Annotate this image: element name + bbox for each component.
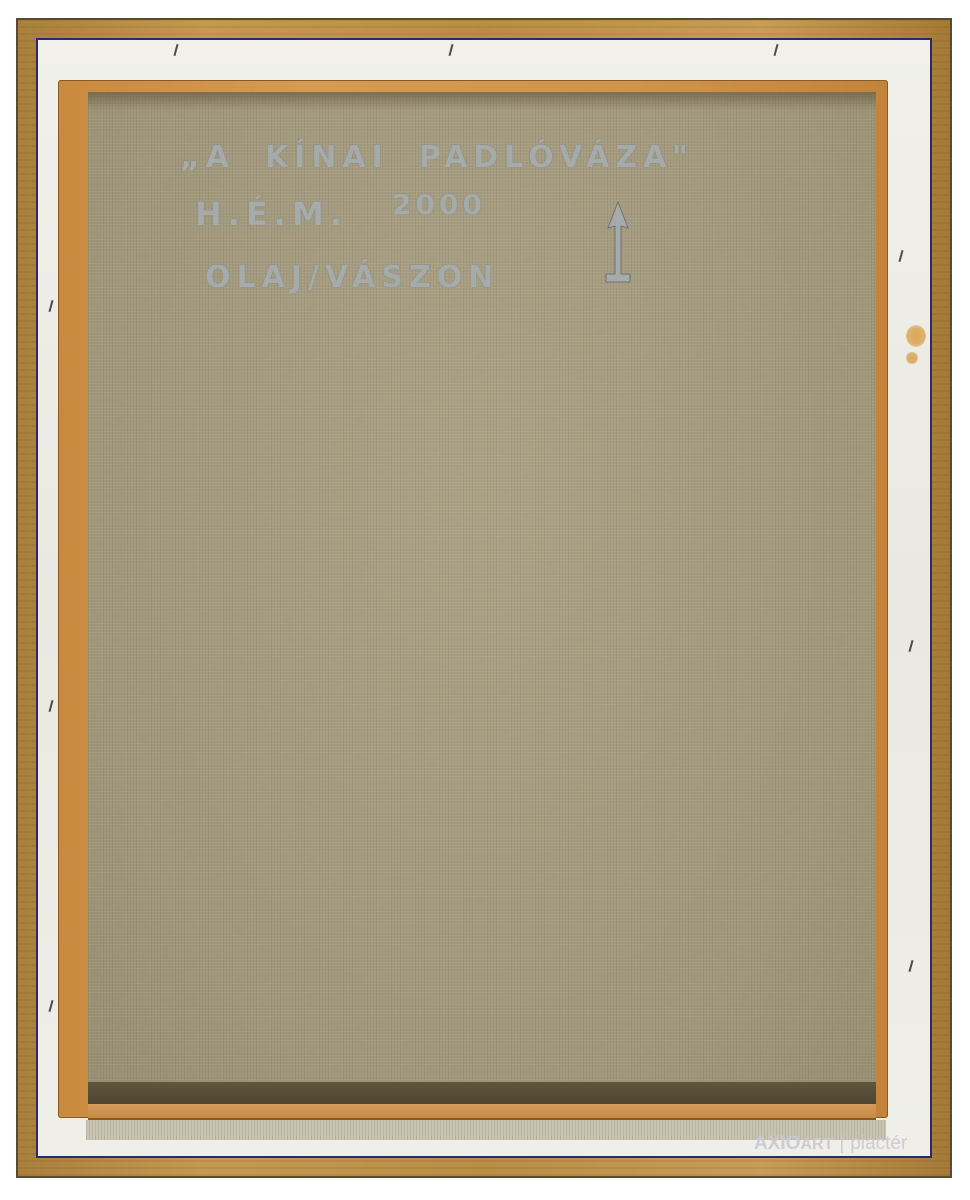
paint-stain [906,325,926,347]
inscription-title: „AKÍNAIPADLÓVÁZA" [180,140,694,175]
inscription-year: 2000 [392,188,486,221]
title-word: PADLÓVÁZA" [419,140,694,175]
watermark-brand-axio: AXIO [754,1133,800,1154]
up-arrow-icon [600,198,636,286]
bottom-stretcher-bar [88,1104,876,1120]
title-word: „A [180,140,235,175]
title-word: KÍNAI [265,140,389,175]
paint-stain [906,352,918,364]
inscription-medium: OLAJ/VÁSZON [205,260,499,295]
canvas-top-shadow [88,92,876,110]
watermark: AXIOART|piactér [754,1133,907,1155]
watermark-separator: | [839,1133,844,1154]
watermark-site: piactér [850,1133,907,1154]
canvas-back [88,92,876,1104]
watermark-brand-art: ART [800,1136,833,1153]
canvas-bottom-band [88,1082,876,1104]
inscription-initials: H.É.M. [195,195,348,233]
